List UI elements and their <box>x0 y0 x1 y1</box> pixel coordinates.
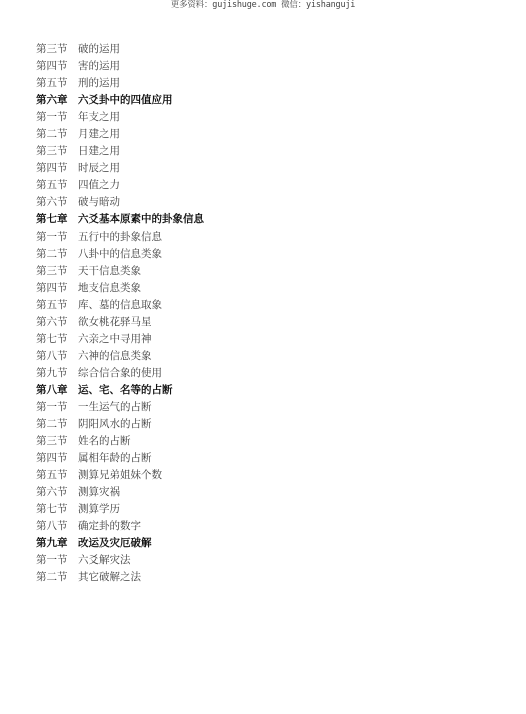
section-title: 欲女桃花驿马星 <box>78 314 152 331</box>
section-number: 第三节 <box>36 433 78 450</box>
toc-section-entry: 第八节六神的信息类象 <box>36 348 496 365</box>
chapter-title: 改运及灾厄破解 <box>78 535 152 552</box>
toc-section-entry: 第二节阴阳风水的占断 <box>36 416 496 433</box>
toc-section-entry: 第三节天干信息类象 <box>36 263 496 280</box>
toc-section-entry: 第四节地支信息类象 <box>36 280 496 297</box>
section-title: 五行中的卦象信息 <box>78 229 162 246</box>
section-number: 第六节 <box>36 484 78 501</box>
section-title: 年支之用 <box>78 109 120 126</box>
toc-section-entry: 第四节时辰之用 <box>36 160 496 177</box>
toc-section-entry: 第一节六爻解灾法 <box>36 552 496 569</box>
chapter-title: 运、宅、名等的占断 <box>78 382 173 399</box>
section-title: 六爻解灾法 <box>78 552 131 569</box>
chapter-number: 第九章 <box>36 535 78 552</box>
chapter-title: 六爻卦中的四值应用 <box>78 92 173 109</box>
chapter-title: 六爻基本原素中的卦象信息 <box>78 211 204 228</box>
section-title: 确定卦的数字 <box>78 518 141 535</box>
chapter-number: 第八章 <box>36 382 78 399</box>
toc-section-entry: 第五节库、墓的信息取象 <box>36 297 496 314</box>
section-number: 第四节 <box>36 58 78 75</box>
toc-chapter-entry: 第八章运、宅、名等的占断 <box>36 382 496 399</box>
section-title: 地支信息类象 <box>78 280 141 297</box>
section-title: 六神的信息类象 <box>78 348 152 365</box>
section-title: 库、墓的信息取象 <box>78 297 162 314</box>
section-number: 第一节 <box>36 109 78 126</box>
section-number: 第五节 <box>36 177 78 194</box>
section-number: 第八节 <box>36 348 78 365</box>
section-number: 第六节 <box>36 314 78 331</box>
toc-section-entry: 第八节确定卦的数字 <box>36 518 496 535</box>
toc-section-entry: 第六节破与暗动 <box>36 194 496 211</box>
section-title: 破的运用 <box>78 41 120 58</box>
section-title: 天干信息类象 <box>78 263 141 280</box>
toc-section-entry: 第四节害的运用 <box>36 58 496 75</box>
toc-section-entry: 第一节五行中的卦象信息 <box>36 229 496 246</box>
chapter-number: 第六章 <box>36 92 78 109</box>
section-number: 第三节 <box>36 263 78 280</box>
section-number: 第七节 <box>36 331 78 348</box>
section-title: 测算兄弟姐妹个数 <box>78 467 162 484</box>
toc-section-entry: 第三节日建之用 <box>36 143 496 160</box>
section-number: 第六节 <box>36 194 78 211</box>
toc-section-entry: 第三节姓名的占断 <box>36 433 496 450</box>
section-title: 害的运用 <box>78 58 120 75</box>
section-title: 一生运气的占断 <box>78 399 152 416</box>
section-number: 第四节 <box>36 160 78 177</box>
toc-chapter-entry: 第七章六爻基本原素中的卦象信息 <box>36 211 496 228</box>
toc-section-entry: 第七节六亲之中寻用神 <box>36 331 496 348</box>
section-number: 第四节 <box>36 280 78 297</box>
toc-section-entry: 第一节一生运气的占断 <box>36 399 496 416</box>
section-number: 第五节 <box>36 75 78 92</box>
section-title: 阴阳风水的占断 <box>78 416 152 433</box>
toc-section-entry: 第二节八卦中的信息类象 <box>36 246 496 263</box>
section-number: 第五节 <box>36 297 78 314</box>
toc-section-entry: 第九节综合信合象的使用 <box>36 365 496 382</box>
toc-section-entry: 第六节欲女桃花驿马星 <box>36 314 496 331</box>
section-number: 第八节 <box>36 518 78 535</box>
section-number: 第二节 <box>36 246 78 263</box>
toc-section-entry: 第五节刑的运用 <box>36 75 496 92</box>
section-number: 第三节 <box>36 143 78 160</box>
section-title: 测算灾祸 <box>78 484 120 501</box>
section-title: 姓名的占断 <box>78 433 131 450</box>
section-title: 测算学历 <box>78 501 120 518</box>
section-number: 第二节 <box>36 416 78 433</box>
section-number: 第五节 <box>36 467 78 484</box>
section-number: 第九节 <box>36 365 78 382</box>
table-of-contents: 第三节破的运用第四节害的运用第五节刑的运用第六章六爻卦中的四值应用第一节年支之用… <box>36 41 496 587</box>
section-title: 六亲之中寻用神 <box>78 331 152 348</box>
toc-section-entry: 第二节其它破解之法 <box>36 569 496 586</box>
toc-section-entry: 第六节测算灾祸 <box>36 484 496 501</box>
section-number: 第一节 <box>36 552 78 569</box>
section-title: 综合信合象的使用 <box>78 365 162 382</box>
page-header-watermark: 更多资料：gujishuge.com 微信：yishanguji <box>0 0 526 11</box>
section-title: 月建之用 <box>78 126 120 143</box>
toc-section-entry: 第五节四值之力 <box>36 177 496 194</box>
toc-section-entry: 第七节测算学历 <box>36 501 496 518</box>
section-title: 其它破解之法 <box>78 569 141 586</box>
section-number: 第四节 <box>36 450 78 467</box>
section-title: 破与暗动 <box>78 194 120 211</box>
section-number: 第七节 <box>36 501 78 518</box>
toc-chapter-entry: 第六章六爻卦中的四值应用 <box>36 92 496 109</box>
section-title: 属相年龄的占断 <box>78 450 152 467</box>
section-title: 时辰之用 <box>78 160 120 177</box>
toc-section-entry: 第一节年支之用 <box>36 109 496 126</box>
toc-section-entry: 第四节属相年龄的占断 <box>36 450 496 467</box>
toc-section-entry: 第五节测算兄弟姐妹个数 <box>36 467 496 484</box>
section-number: 第三节 <box>36 41 78 58</box>
section-title: 刑的运用 <box>78 75 120 92</box>
toc-section-entry: 第三节破的运用 <box>36 41 496 58</box>
toc-section-entry: 第二节月建之用 <box>36 126 496 143</box>
section-title: 日建之用 <box>78 143 120 160</box>
section-number: 第一节 <box>36 229 78 246</box>
section-number: 第二节 <box>36 569 78 586</box>
section-title: 四值之力 <box>78 177 120 194</box>
chapter-number: 第七章 <box>36 211 78 228</box>
toc-chapter-entry: 第九章改运及灾厄破解 <box>36 535 496 552</box>
section-number: 第一节 <box>36 399 78 416</box>
section-title: 八卦中的信息类象 <box>78 246 162 263</box>
section-number: 第二节 <box>36 126 78 143</box>
